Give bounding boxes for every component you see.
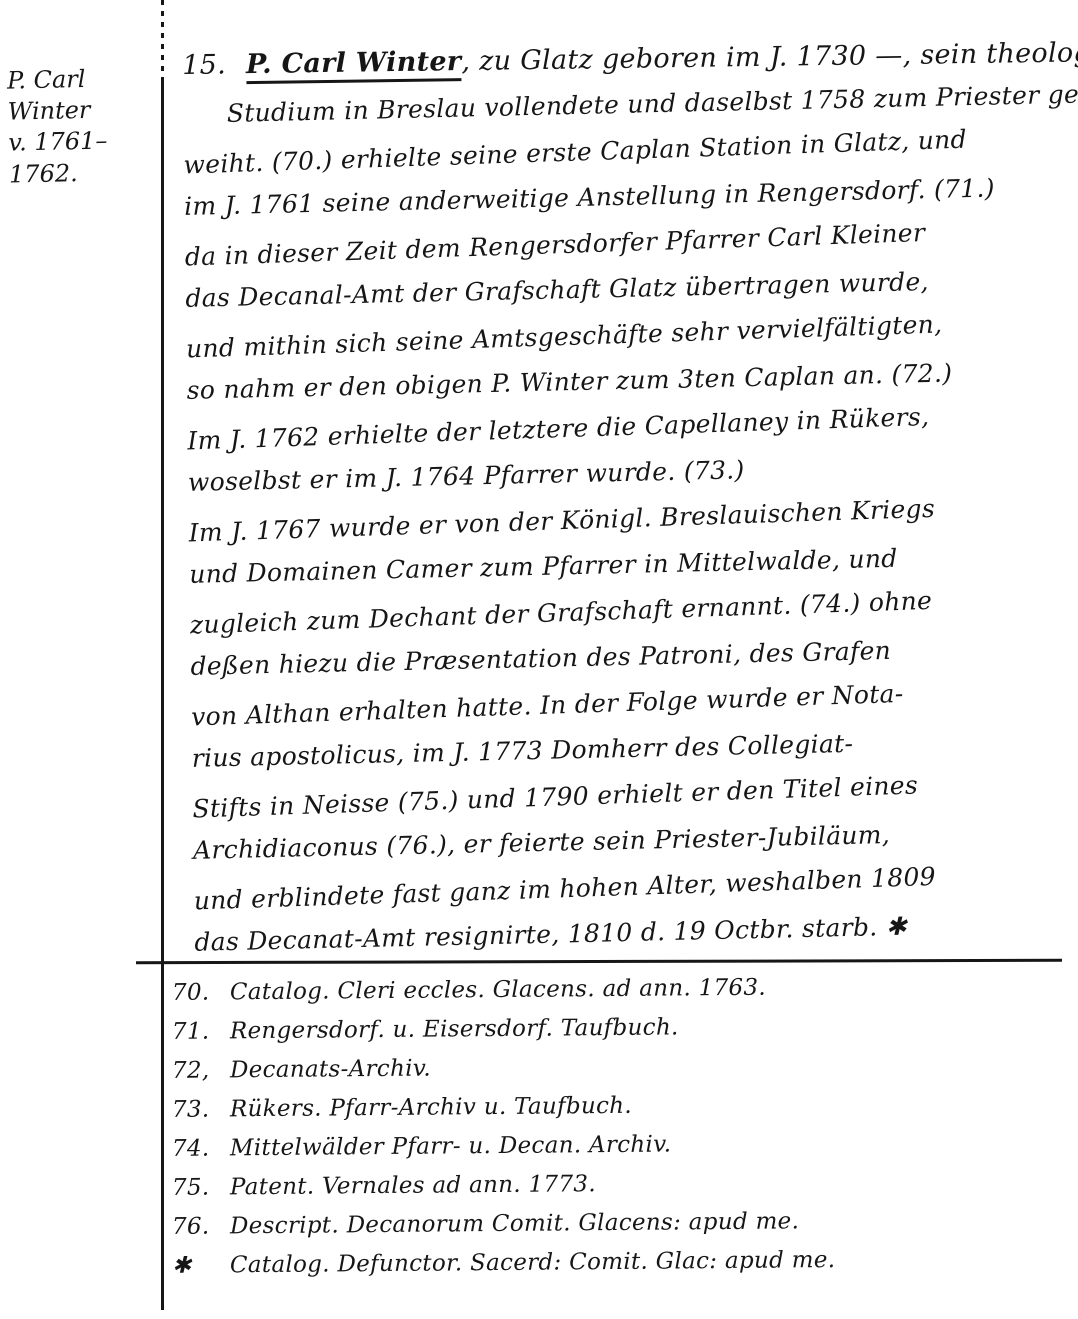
margin-note: P. Carl Winter v. 1761–1762. [7, 62, 160, 190]
ledger-rule-vertical [161, 78, 164, 1310]
footnote-text: Catalog. Cleri eccles. Glacens. ad ann. … [230, 975, 766, 1019]
entry-heading-rest: , zu Glatz geboren im J. 1730 —, sein th… [461, 36, 1078, 77]
footnote-text: Mittelwälder Pfarr- u. Decan. Archiv. [230, 1131, 672, 1174]
asterisk-marker: ✱ [172, 1252, 230, 1292]
footnotes-section: 70. Catalog. Cleri eccles. Glacens. ad a… [172, 976, 1052, 1288]
footnote-marker: 74. [172, 1135, 230, 1175]
footnote-marker: 75. [172, 1174, 230, 1214]
entry-body: 15.P. Carl Winter, zu Glatz geboren im J… [182, 38, 1078, 970]
footnote-text: Patent. Vernales ad ann. 1773. [230, 1171, 596, 1213]
footnote-text: Decanats-Archiv. [230, 1056, 431, 1097]
footnote-text: Rengersdorf. u. Eisersdorf. Taufbuch. [230, 1014, 679, 1057]
footnote-row: ✱ Catalog. Defunctor. Sacerd: Comit. Gla… [172, 1245, 1052, 1292]
entry-number: 15. [182, 49, 226, 81]
footnote-marker: 72, [172, 1057, 230, 1097]
footnote-marker: 71. [172, 1018, 230, 1058]
margin-note-years: v. 1761–1762. [8, 125, 159, 191]
ledger-rule-vertical-dashed [161, 0, 164, 78]
footnote-text: Descript. Decanorum Comit. Glacens: apud… [230, 1208, 800, 1252]
footnote-marker: 70. [172, 979, 230, 1019]
footnote-text: Catalog. Defunctor. Sacerd: Comit. Glac:… [230, 1247, 836, 1291]
entry-name: P. Carl Winter [246, 46, 462, 84]
footnote-text: Rükers. Pfarr-Archiv u. Taufbuch. [230, 1093, 632, 1136]
manuscript-page: P. Carl Winter v. 1761–1762. 15.P. Carl … [0, 0, 1078, 1319]
footnote-marker: 73. [172, 1096, 230, 1136]
margin-note-name: P. Carl Winter [7, 62, 158, 128]
footnote-marker: 76. [172, 1213, 230, 1253]
